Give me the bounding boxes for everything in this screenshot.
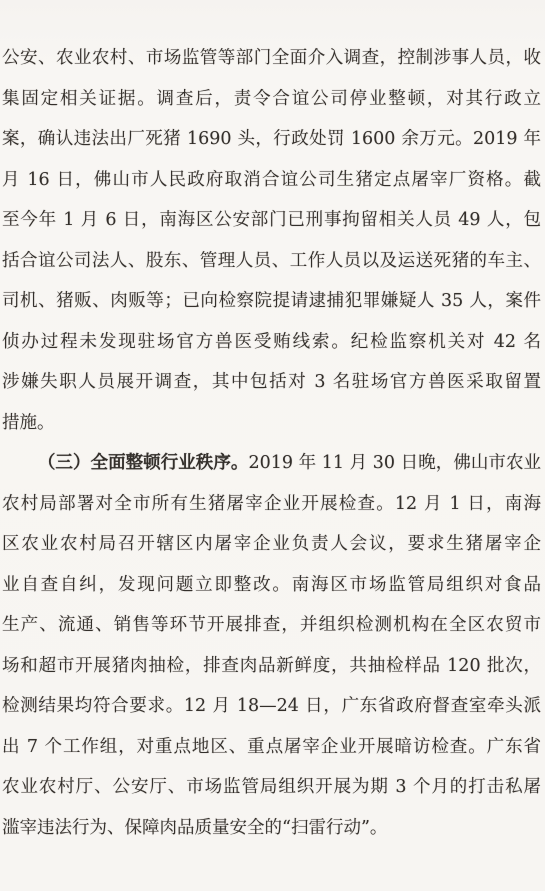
text-line: 区农业农村局召开辖区内屠宰企业负责人会议，要求生猪屠宰企 [2,524,541,565]
text-line: 侦办过程未发现驻场官方兽医受贿线索。纪检监察机关对 42 名 [2,322,541,363]
section-heading: （三）全面整顿行业秩序。 [38,453,249,473]
text-line: 涉嫌失职人员展开调查，其中包括对 3 名驻场官方兽医采取留置 [2,362,541,403]
text-line: 检测结果均符合要求。12 月 18—24 日，广东省政府督查室牵头派 [2,686,541,727]
paragraph-industry-rectification: （三）全面整顿行业秩序。2019 年 11 月 30 日晚，佛山市农业 农村局部… [2,443,541,848]
text-line: 措施。 [2,403,541,444]
document-page: 公安、农业农村、市场监管等部门全面介入调查，控制涉事人员，收 集固定相关证据。调… [0,0,545,891]
text-line: 案，确认违法出厂死猪 1690 头，行政处罚 1600 余万元。2019 年 1… [2,119,541,160]
text-line: 业自查自纠，发现问题立即整改。南海区市场监管局组织对食品 [2,565,541,606]
text-line: 农业农村厅、公安厅、市场监管局组织开展为期 3 个月的打击私屠 [2,767,541,808]
text-line: 集固定相关证据。调查后，责令合谊公司停业整顿，对其行政立 [2,79,541,120]
text-line: 生产、流通、销售等环节开展排查，并组织检测机构在全区农贸市 [2,605,541,646]
text-line: 农村局部署对全市所有生猪屠宰企业开展检查。12 月 1 日，南海 [2,484,541,525]
text-line: 月 16 日，佛山市人民政府取消合谊公司生猪定点屠宰厂资格。截 [2,160,541,201]
text-line: 滥宰违法行为、保障肉品质量安全的“扫雷行动”。 [2,808,541,849]
text-line: 场和超市开展猪肉抽检，排查肉品新鲜度，共抽检样品 120 批次， [2,646,541,687]
paragraph-investigation: 公安、农业农村、市场监管等部门全面介入调查，控制涉事人员，收 集固定相关证据。调… [2,38,541,443]
text-line: 公安、农业农村、市场监管等部门全面介入调查，控制涉事人员，收 [2,38,541,79]
text-line: 至今年 1 月 6 日，南海区公安部门已刑事拘留相关人员 49 人，包 [2,200,541,241]
text-line: 司机、猪贩、肉贩等；已向检察院提请逮捕犯罪嫌疑人 35 人，案件 [2,281,541,322]
text-line: 括合谊公司法人、股东、管理人员、工作人员以及运送死猪的车主、 [2,241,541,282]
text-line: 出 7 个工作组，对重点地区、重点屠宰企业开展暗访检查。广东省 [2,727,541,768]
text-line: （三）全面整顿行业秩序。2019 年 11 月 30 日晚，佛山市农业 [2,443,541,484]
section-lead-text: 2019 年 11 月 30 日晚，佛山市农业 [248,453,541,473]
